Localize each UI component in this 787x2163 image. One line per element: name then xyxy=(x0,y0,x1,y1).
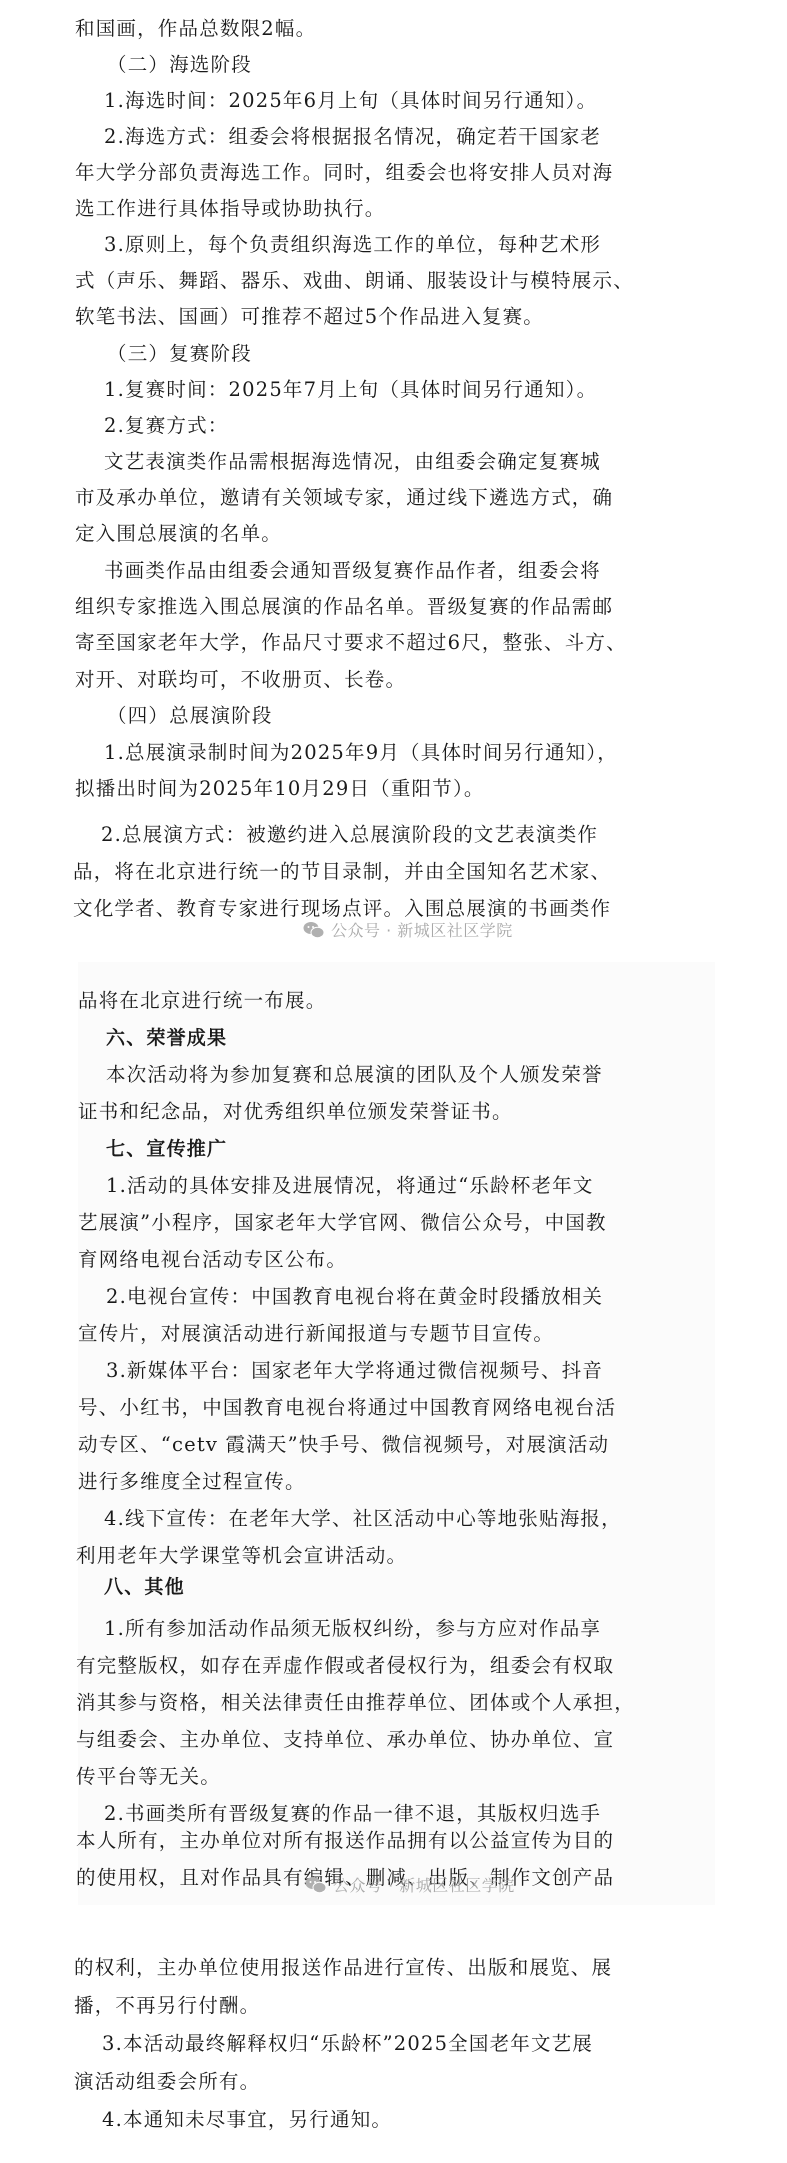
subsection-heading: （四）总展演阶段 xyxy=(107,703,273,729)
body-text-line: 2.书画类所有晋级复赛的作品一律不退，其版权归选手 xyxy=(104,1801,601,1827)
body-text-line: 品将在北京进行统一布展。 xyxy=(78,988,326,1014)
body-text-line: 2.总展演方式：被邀约进入总展演阶段的文艺表演类作 xyxy=(101,822,598,848)
watermark: 公众号 · 新城区社区学院 xyxy=(305,1873,515,1896)
watermark: 公众号 · 新城区社区学院 xyxy=(303,918,513,941)
body-text-line: 与组委会、主办单位、支持单位、承办单位、协办单位、宣 xyxy=(76,1727,614,1753)
body-text-line: 选工作进行具体指导或协助执行。 xyxy=(75,196,386,222)
body-text-line: 1.海选时间：2025年6月上旬（具体时间另行通知）。 xyxy=(104,88,597,114)
body-text-line: 宣传片，对展演活动进行新闻报道与专题节目宣传。 xyxy=(78,1321,554,1347)
body-text-line: 进行多维度全过程宣传。 xyxy=(78,1469,306,1495)
body-text-line: 定入围总展演的名单。 xyxy=(75,521,282,547)
subsection-heading: （二）海选阶段 xyxy=(107,52,252,78)
body-text-line: 2.电视台宣传：中国教育电视台将在黄金时段播放相关 xyxy=(106,1284,603,1310)
body-text-line: 利用老年大学课堂等机会宣讲活动。 xyxy=(76,1543,407,1569)
body-text-line: 3.原则上，每个负责组织海选工作的单位，每种艺术形 xyxy=(104,232,601,258)
body-text-line: 和国画，作品总数限2幅。 xyxy=(75,16,316,42)
body-text-line: 4.本通知未尽事宜，另行通知。 xyxy=(102,2107,392,2133)
body-text-line: 2.海选方式：组委会将根据报名情况，确定若干国家老 xyxy=(104,124,601,150)
body-text-line: 1.总展演录制时间为2025年9月（具体时间另行通知）， xyxy=(104,740,618,766)
body-text-line: 2.复赛方式： xyxy=(104,413,229,439)
body-text-line: 软笔书法、国画）可推荐不超过5个作品进入复赛。 xyxy=(75,304,544,330)
body-text-line: 式（声乐、舞蹈、器乐、戏曲、朗诵、服装设计与模特展示、 xyxy=(75,268,634,294)
body-text-line: 播，不再另行付酬。 xyxy=(74,1993,260,2019)
watermark-text: 公众号 · 新城区社区学院 xyxy=(331,918,513,941)
body-text-line: 1.所有参加活动作品须无版权纠纷，参与方应对作品享 xyxy=(104,1616,601,1642)
body-text-line: 对开、对联均可，不收册页、长卷。 xyxy=(75,667,406,693)
body-text-line: 3.新媒体平台：国家老年大学将通过微信视频号、抖音 xyxy=(106,1358,603,1384)
body-text-line: 4.线下宣传：在老年大学、社区活动中心等地张贴海报， xyxy=(104,1506,622,1532)
body-text-line: 动专区、“cetv 霞满天”快手号、微信视频号，对展演活动 xyxy=(78,1432,609,1458)
wechat-icon xyxy=(305,1876,327,1894)
section-heading-honors: 六、荣誉成果 xyxy=(106,1025,227,1051)
document-page-2-content: 品将在北京进行统一布展。 六、荣誉成果 本次活动将为参加复赛和总展演的团队及个人… xyxy=(0,962,787,1905)
body-text-line: 1.复赛时间：2025年7月上旬（具体时间另行通知）。 xyxy=(104,377,597,403)
body-text-line: 文艺表演类作品需根据海选情况，由组委会确定复赛城 xyxy=(104,449,601,475)
body-text-line: 艺展演”小程序，国家老年大学官网、微信公众号，中国教 xyxy=(78,1210,607,1236)
body-text-line: 市及承办单位，邀请有关领域专家，通过线下遴选方式，确 xyxy=(75,485,613,511)
body-text-line: 有完整版权，如存在弄虚作假或者侵权行为，组委会有权取 xyxy=(76,1653,614,1679)
body-text-line: 年大学分部负责海选工作。同时，组委会也将安排人员对海 xyxy=(75,160,613,186)
body-text-line: 品，将在北京进行统一的节目录制，并由全国知名艺术家、 xyxy=(73,859,611,885)
section-heading-promotion: 七、宣传推广 xyxy=(106,1136,227,1162)
body-text-line: 育网络电视台活动专区公布。 xyxy=(78,1247,347,1273)
body-text-line: 本人所有，主办单位对所有报送作品拥有以公益宣传为目的 xyxy=(76,1828,614,1854)
body-text-line: 书画类作品由组委会通知晋级复赛作品作者，组委会将 xyxy=(104,558,601,584)
body-text-line: 的权利，主办单位使用报送作品进行宣传、出版和展览、展 xyxy=(74,1955,612,1981)
section-heading-other: 八、其他 xyxy=(104,1574,185,1600)
wechat-icon xyxy=(303,921,325,939)
body-text-line: 号、小红书，中国教育电视台将通过中国教育网络电视台活 xyxy=(78,1395,616,1421)
document-page-1: 和国画，作品总数限2幅。 （二）海选阶段 1.海选时间：2025年6月上旬（具体… xyxy=(0,0,787,962)
body-text-line: 寄至国家老年大学，作品尺寸要求不超过6尺，整张、斗方、 xyxy=(75,630,627,656)
body-text-line: 3.本活动最终解释权归“乐龄杯”2025全国老年文艺展 xyxy=(102,2031,593,2057)
body-text-line: 消其参与资格，相关法律责任由推荐单位、团体或个人承担， xyxy=(76,1690,635,1716)
body-text-line: 本次活动将为参加复赛和总展演的团队及个人颁发荣誉 xyxy=(106,1062,603,1088)
body-text-line: 组织专家推选入围总展演的作品名单。晋级复赛的作品需邮 xyxy=(75,594,613,620)
document-page-3: 的权利，主办单位使用报送作品进行宣传、出版和展览、展 播，不再另行付酬。 3.本… xyxy=(0,1905,787,2163)
body-text-line: 演活动组委会所有。 xyxy=(74,2069,260,2095)
body-text-line: 证书和纪念品，对优秀组织单位颁发荣誉证书。 xyxy=(78,1099,513,1125)
body-text-line: 传平台等无关。 xyxy=(76,1764,221,1790)
watermark-text: 公众号 · 新城区社区学院 xyxy=(333,1873,515,1896)
subsection-heading: （三）复赛阶段 xyxy=(107,341,252,367)
body-text-line: 拟播出时间为2025年10月29日（重阳节）。 xyxy=(75,776,485,802)
body-text-line: 1.活动的具体安排及进展情况，将通过“乐龄杯老年文 xyxy=(106,1173,594,1199)
